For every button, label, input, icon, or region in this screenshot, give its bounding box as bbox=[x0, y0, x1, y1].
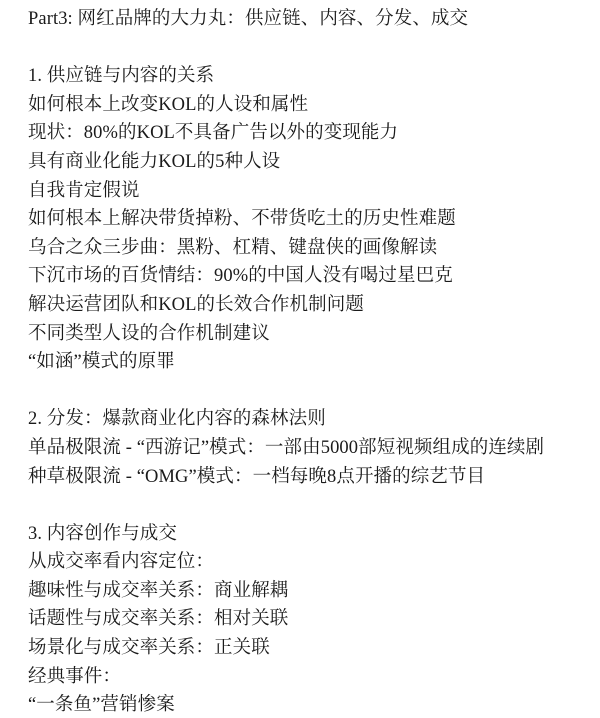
section-supply-chain: 1. 供应链与内容的关系 如何根本上改变KOL的人设和属性 现状：80%的KOL… bbox=[28, 62, 598, 377]
list-item: 话题性与成交率关系：相对关联 bbox=[28, 605, 598, 634]
list-item: 如何根本上解决带货掉粉、不带货吃土的历史性难题 bbox=[28, 205, 598, 234]
list-item: 趣味性与成交率关系：商业解耦 bbox=[28, 577, 598, 606]
list-item: 从成交率看内容定位： bbox=[28, 548, 598, 577]
list-item: 场景化与成交率关系：正关联 bbox=[28, 634, 598, 663]
document-body: Part3: 网红品牌的大力丸：供应链、内容、分发、成交 1. 供应链与内容的关… bbox=[28, 5, 598, 718]
list-item: 下沉市场的百货情结：90%的中国人没有喝过星巴克 bbox=[28, 262, 598, 291]
list-item: “如涵”模式的原罪 bbox=[28, 348, 598, 377]
spacer bbox=[28, 34, 598, 63]
list-item: “一条鱼”营销惨案 bbox=[28, 691, 598, 718]
spacer bbox=[28, 377, 598, 406]
section-heading: 2. 分发：爆款商业化内容的森林法则 bbox=[28, 405, 598, 434]
list-item: 不同类型人设的合作机制建议 bbox=[28, 320, 598, 349]
spacer bbox=[28, 491, 598, 520]
list-item: 如何根本上改变KOL的人设和属性 bbox=[28, 91, 598, 120]
list-item: 解决运营团队和KOL的长效合作机制问题 bbox=[28, 291, 598, 320]
list-item: 单品极限流 - “西游记”模式：一部由5000部短视频组成的连续剧 bbox=[28, 434, 598, 463]
list-item: 现状：80%的KOL不具备广告以外的变现能力 bbox=[28, 119, 598, 148]
list-item: 自我肯定假说 bbox=[28, 177, 598, 206]
list-item: 具有商业化能力KOL的5种人设 bbox=[28, 148, 598, 177]
list-item: 经典事件： bbox=[28, 663, 598, 692]
document-title: Part3: 网红品牌的大力丸：供应链、内容、分发、成交 bbox=[28, 5, 598, 34]
section-content-creation: 3. 内容创作与成交 从成交率看内容定位： 趣味性与成交率关系：商业解耦 话题性… bbox=[28, 520, 598, 718]
section-distribution: 2. 分发：爆款商业化内容的森林法则 单品极限流 - “西游记”模式：一部由50… bbox=[28, 405, 598, 491]
list-item: 种草极限流 - “OMG”模式：一档每晚8点开播的综艺节目 bbox=[28, 463, 598, 492]
list-item: 乌合之众三步曲：黑粉、杠精、键盘侠的画像解读 bbox=[28, 234, 598, 263]
section-heading: 1. 供应链与内容的关系 bbox=[28, 62, 598, 91]
section-heading: 3. 内容创作与成交 bbox=[28, 520, 598, 549]
